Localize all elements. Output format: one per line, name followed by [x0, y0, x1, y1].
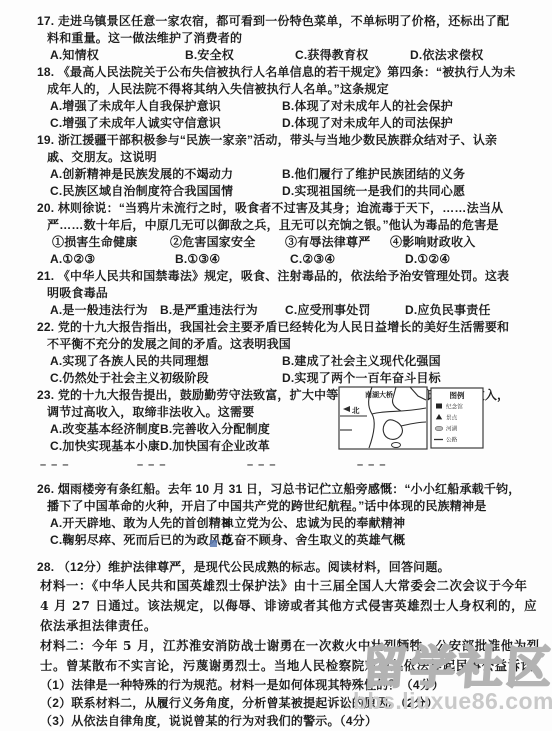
- q18-option-a: A.增强了未成年人自我保护意识: [50, 98, 282, 115]
- q23-option-d: D.加快国有企业改革: [160, 438, 270, 455]
- q26-option-d: D.奋不顾身、舍生取义的英雄气概: [222, 532, 405, 549]
- map-north-label: 北: [352, 405, 360, 415]
- q20-item-4: ④影响财政收入: [390, 234, 475, 251]
- q17-option-d: D.依法求偿权: [410, 47, 483, 64]
- q26-options-cd: C.鞠躬尽瘁、死而后已的为政风范 D.奋不顾身、舍生取义的英雄气概: [0, 532, 552, 549]
- exam-page: 17. 走进乌镇景区任意一家农宿，都可看到一份特色菜单，不单标明了价格，还标出了…: [0, 0, 552, 731]
- q20-options: A.①②③ B.①③④ C.②③④ D.①②④: [0, 251, 552, 268]
- fold-mark: – – –: [40, 459, 69, 471]
- q21-option-b: B.是严重违法行为: [160, 302, 285, 319]
- q22-option-d: D.实现了两个一百年奋斗目标: [282, 370, 441, 387]
- q21-line1: 21. 《中华人民共和国禁毒法》规定，吸食、注射毒品的，依法给予治安管理处罚。这…: [0, 268, 552, 285]
- q19-option-a: A.创新精神是民族发展的不竭动力: [50, 166, 282, 183]
- q18-option-d: D.体现了对未成年人的司法保护: [282, 115, 453, 132]
- q19-line2: 戚、交朋友。这说明: [0, 149, 552, 166]
- q20-item-1: ①损害生命健康: [52, 234, 170, 251]
- q28-head: 28. （12分）维护法律尊严，是现代公民成熟的标志。阅读材料，回答问题。: [0, 559, 552, 576]
- q28-subquestion-3: （3）从依法自律角度，说说曾某的行为对我们的警示。（4分）: [0, 712, 552, 730]
- q20-option-a: A.①②③: [50, 251, 175, 268]
- q23-option-c: C.加快实现基本小康: [50, 438, 160, 455]
- q18-line2: 成年人的，人民法院不得将其纳入失信被执行人名单。”这条规定: [0, 81, 552, 98]
- q19-option-b: B.他们履行了维护民族团结的义务: [282, 166, 465, 183]
- cursor-artifact: [210, 540, 217, 547]
- q19-option-c: C.民族区域自治制度符合我国国情: [50, 183, 282, 200]
- q20-option-c: C.②③④: [290, 251, 405, 268]
- q20-item-3: ③有辱法律尊严: [285, 234, 390, 251]
- q22-line1: 22. 党的十九大报告指出，我国社会主要矛盾已经转化为人民日益增长的美好生活需要…: [0, 319, 552, 336]
- q26-option-c: C.鞠躬尽瘁、死而后已的为政风范: [50, 532, 222, 549]
- memorial-icon: [436, 404, 442, 409]
- q20-line2: 严……数十年后，中原几无可以御敌之兵，且无可以充饷之银。”他认为毒品的危害是: [0, 217, 552, 234]
- q21-option-c: C.应受刑事处罚: [285, 302, 405, 319]
- q17-option-c: C.获得教育权: [295, 47, 410, 64]
- q19-options-cd: C.民族区域自治制度符合我国国情 D.实现祖国统一是我们的共同心愿: [0, 183, 552, 200]
- q22-line2: 不平衡不充分的发展之间的矛盾。这表明我国: [0, 336, 552, 353]
- legend-label-lake: 河湖: [446, 425, 458, 433]
- q28-material2-line2: 士。曾某散布不实言论，污蔑谢勇烈士。当地人民检察院对曾某依法提起民事公益诉讼。: [0, 656, 552, 676]
- q28-subquestion-1: （1）法律是一种特殊的行为规范。材料一是如何体现其特殊性的？（4分）: [0, 676, 552, 694]
- fold-marks-row: – – – – – – – – – – – –: [0, 459, 552, 473]
- fold-mark: – – –: [357, 459, 386, 471]
- q18-option-b: B.体现了对未成年人的社会保护: [282, 98, 453, 115]
- q17-line2: 料和重量。这一做法维护了消费者的: [0, 30, 552, 47]
- q17-line1: 17. 走进乌镇景区任意一家农宿，都可看到一份特色菜单，不单标明了价格，还标出了…: [0, 13, 552, 30]
- q20-line1: 20. 林则徐说：“当鸦片未流行之时，吸食者不过害及其身；迨流毒于天下，……法当…: [0, 200, 552, 217]
- legend-label-memorial: 纪念馆: [446, 403, 463, 411]
- q26-option-b: B.立党为公、忠诚为民的奉献精神: [222, 515, 405, 532]
- q23-option-b: B.完善收入分配制度: [160, 421, 270, 438]
- q26-option-a: A.开天辟地、敢为人先的首创精神: [50, 515, 222, 532]
- q18-line1: 18. 《最高人民法院关于公布失信被执行人名单信息的若干规定》第四条：“被执行人…: [0, 64, 552, 81]
- map-pond: [392, 443, 401, 448]
- lake-icon: [435, 426, 443, 430]
- legend-label-spot: 景点: [446, 414, 458, 422]
- q28-material1-line1: 材料一：《中华人民共和国英雄烈士保护法》由十三届全国人大常委会二次会议于今年: [0, 576, 552, 596]
- q28-subquestion-2: （2）联系材料二，从履行义务角度，分析曾某被提起诉讼的原因。（2分）: [0, 694, 552, 712]
- fold-mark: – – –: [137, 459, 166, 471]
- q17-options: A.知情权 B.安全权 C.获得教育权 D.依法求偿权: [0, 47, 552, 64]
- q18-options-ab: A.增强了未成年人自我保护意识 B.体现了对未成年人的社会保护: [0, 98, 552, 115]
- q22-options-cd: C.仍然处于社会主义初级阶段 D.实现了两个一百年奋斗目标: [0, 370, 552, 387]
- q21-line2: 明吸食毒品: [0, 285, 552, 302]
- q28-material1-line2: 4 月 27 日通过。该法规定，以侮辱、诽谤或者其他方式侵害英雄烈士人身权利的，…: [0, 596, 552, 616]
- q20-option-d: D.①②④: [405, 251, 450, 268]
- q20-items: ①损害生命健康 ②危害国家安全 ③有辱法律尊严 ④影响财政收入: [0, 234, 552, 251]
- q17-option-b: B.安全权: [185, 47, 295, 64]
- q23-option-a: A.改变基本经济制度: [50, 421, 160, 438]
- q22-option-c: C.仍然处于社会主义初级阶段: [50, 370, 282, 387]
- map-figure: 南湖大桥 北 图例 纪念馆 景点 河湖 公路: [338, 386, 484, 452]
- map-bridge-label: 南湖大桥: [365, 390, 393, 399]
- q21-options: A.是一般违法行为 B.是严重违法行为 C.应受刑事处罚 D.应负民事责任: [0, 302, 552, 319]
- scenic-area-map: 南湖大桥 北 图例 纪念馆 景点 河湖 公路: [338, 386, 484, 457]
- q22-option-b: B.建成了社会主义现代化强国: [282, 353, 441, 370]
- q26-line2: 播下了中国革命的火种，开启了中国共产党的跨世纪航程。”话中体现的民族精神是: [0, 498, 552, 515]
- legend-title: 图例: [450, 390, 465, 400]
- q22-option-a: A.实现了各族人民的共同理想: [50, 353, 282, 370]
- q21-option-a: A.是一般违法行为: [50, 302, 160, 319]
- q26-block: 26. 烟雨楼旁有条红船。去年 10 月 31 日，习总书记伫立船旁感慨：“小小…: [0, 481, 552, 549]
- legend-label-road: 公路: [446, 436, 458, 444]
- q26-options-ab: A.开天辟地、敢为人先的首创精神 B.立党为公、忠诚为民的奉献精神: [0, 515, 552, 532]
- q28-material1-line3: 依法承担法律责任。: [0, 616, 552, 636]
- q19-option-d: D.实现祖国统一是我们的共同心愿: [282, 183, 465, 200]
- fold-mark: – – –: [247, 459, 276, 471]
- q21-option-d: D.应负民事责任: [405, 302, 491, 319]
- q17-option-a: A.知情权: [50, 47, 185, 64]
- q28-material2-line1: 材料二：今年 5 月，江苏淮安消防战士谢勇在一次救火中壮烈牺牲，公安部批准他为烈: [0, 636, 552, 656]
- q19-line1: 19. 浙江援疆干部积极参与“民族一家亲”活动，带头与当地少数民族群众结对子、认…: [0, 132, 552, 149]
- q18-option-c: C.增强了未成年人诚实守信意识: [50, 115, 282, 132]
- q20-option-b: B.①③④: [175, 251, 290, 268]
- q20-item-2: ②危害国家安全: [170, 234, 285, 251]
- q26-line1: 26. 烟雨楼旁有条红船。去年 10 月 31 日，习总书记伫立船旁感慨：“小小…: [0, 481, 552, 498]
- q18-options-cd: C.增强了未成年人诚实守信意识 D.体现了对未成年人的司法保护: [0, 115, 552, 132]
- q22-options-ab: A.实现了各族人民的共同理想 B.建成了社会主义现代化强国: [0, 353, 552, 370]
- q19-options-ab: A.创新精神是民族发展的不竭动力 B.他们履行了维护民族团结的义务: [0, 166, 552, 183]
